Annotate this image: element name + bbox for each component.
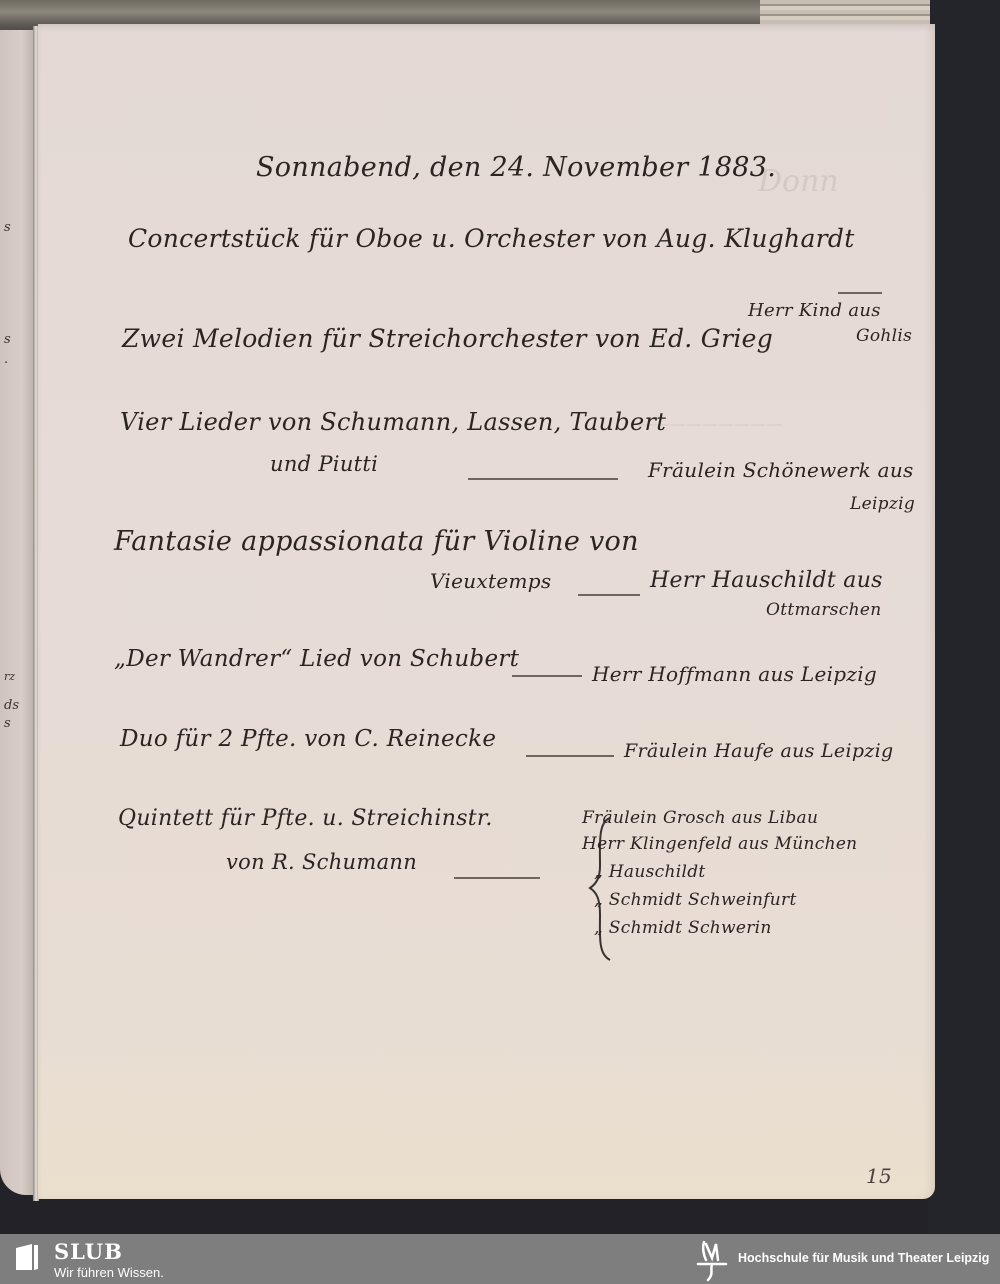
hmt-monogram-icon[interactable] [692, 1238, 732, 1282]
program-item-performer: Fräulein Schönewerk aus [648, 458, 914, 482]
program-item-work: und Piutti [270, 452, 378, 476]
left-page-fragment: s [4, 716, 11, 731]
program-item-work: Quintett für Pfte. u. Streichinstr. [118, 806, 493, 831]
left-facing-page: s s . rz ds s [0, 30, 36, 1195]
program-item-work: Fantasie appassionata für Violine von [114, 526, 639, 557]
program-item-performer: „ Schmidt Schwerin [594, 918, 772, 938]
program-item-performer: „ Schmidt Schweinfurt [594, 890, 797, 910]
left-page-fragment: s [4, 220, 11, 235]
program-item-performer: „ Hauschildt [594, 862, 706, 882]
slub-title[interactable]: SLUB [54, 1239, 123, 1264]
program-item-work: Concertstück für Oboe u. Orchester von A… [128, 224, 855, 253]
program-item-performer: Herr Klingenfeld aus München [582, 834, 857, 854]
program-item-performer: Fräulein Haufe aus Leipzig [624, 740, 893, 762]
left-page-fragment: . [4, 352, 8, 367]
program-item-performer: Leipzig [850, 494, 915, 514]
program-item-work: von R. Schumann [226, 850, 417, 874]
separator-dash [838, 292, 882, 294]
separator-dash [512, 675, 582, 677]
manuscript-page: Donn —————— ————————— Sonnabend, den 24.… [38, 24, 935, 1199]
program-item-work: Vieuxtemps [430, 569, 551, 593]
program-item-performer: Herr Kind aus [748, 300, 881, 321]
left-page-fragment: ds [4, 698, 19, 713]
footer-bar: SLUB Wir führen Wissen. Hochschule für M… [0, 1234, 1000, 1284]
slub-book-icon[interactable] [14, 1242, 42, 1272]
program-item-work: Zwei Melodien für Streichorchester von E… [122, 324, 773, 353]
separator-dash [578, 594, 640, 596]
separator-dash [468, 478, 618, 480]
program-item-performer: Fräulein Grosch aus Libau [582, 808, 818, 828]
left-page-fragment: rz [4, 670, 15, 683]
program-item-work: „Der Wandrer“ Lied von Schubert [114, 646, 519, 672]
program-item-work: Duo für 2 Pfte. von C. Reinecke [120, 726, 496, 752]
program-item-work: Vier Lieder von Schumann, Lassen, Tauber… [120, 408, 666, 436]
left-page-fragment: s [4, 332, 11, 347]
program-item-performer: Ottmarschen [766, 600, 882, 620]
hmt-label[interactable]: Hochschule für Musik und Theater Leipzig [738, 1251, 989, 1265]
separator-dash [454, 877, 540, 879]
program-item-performer: Herr Hauschildt aus [650, 568, 883, 593]
concert-date-heading: Sonnabend, den 24. November 1883. [256, 152, 776, 183]
slub-tagline: Wir führen Wissen. [54, 1265, 164, 1280]
scan-image: s s . rz ds s Donn —————— ————————— Sonn… [0, 0, 1000, 1234]
separator-dash [526, 755, 614, 757]
program-item-performer: Herr Hoffmann aus Leipzig [592, 662, 877, 686]
page-number: 15 [866, 1164, 892, 1188]
dark-background [930, 0, 1000, 1234]
program-item-performer: Gohlis [856, 326, 912, 346]
